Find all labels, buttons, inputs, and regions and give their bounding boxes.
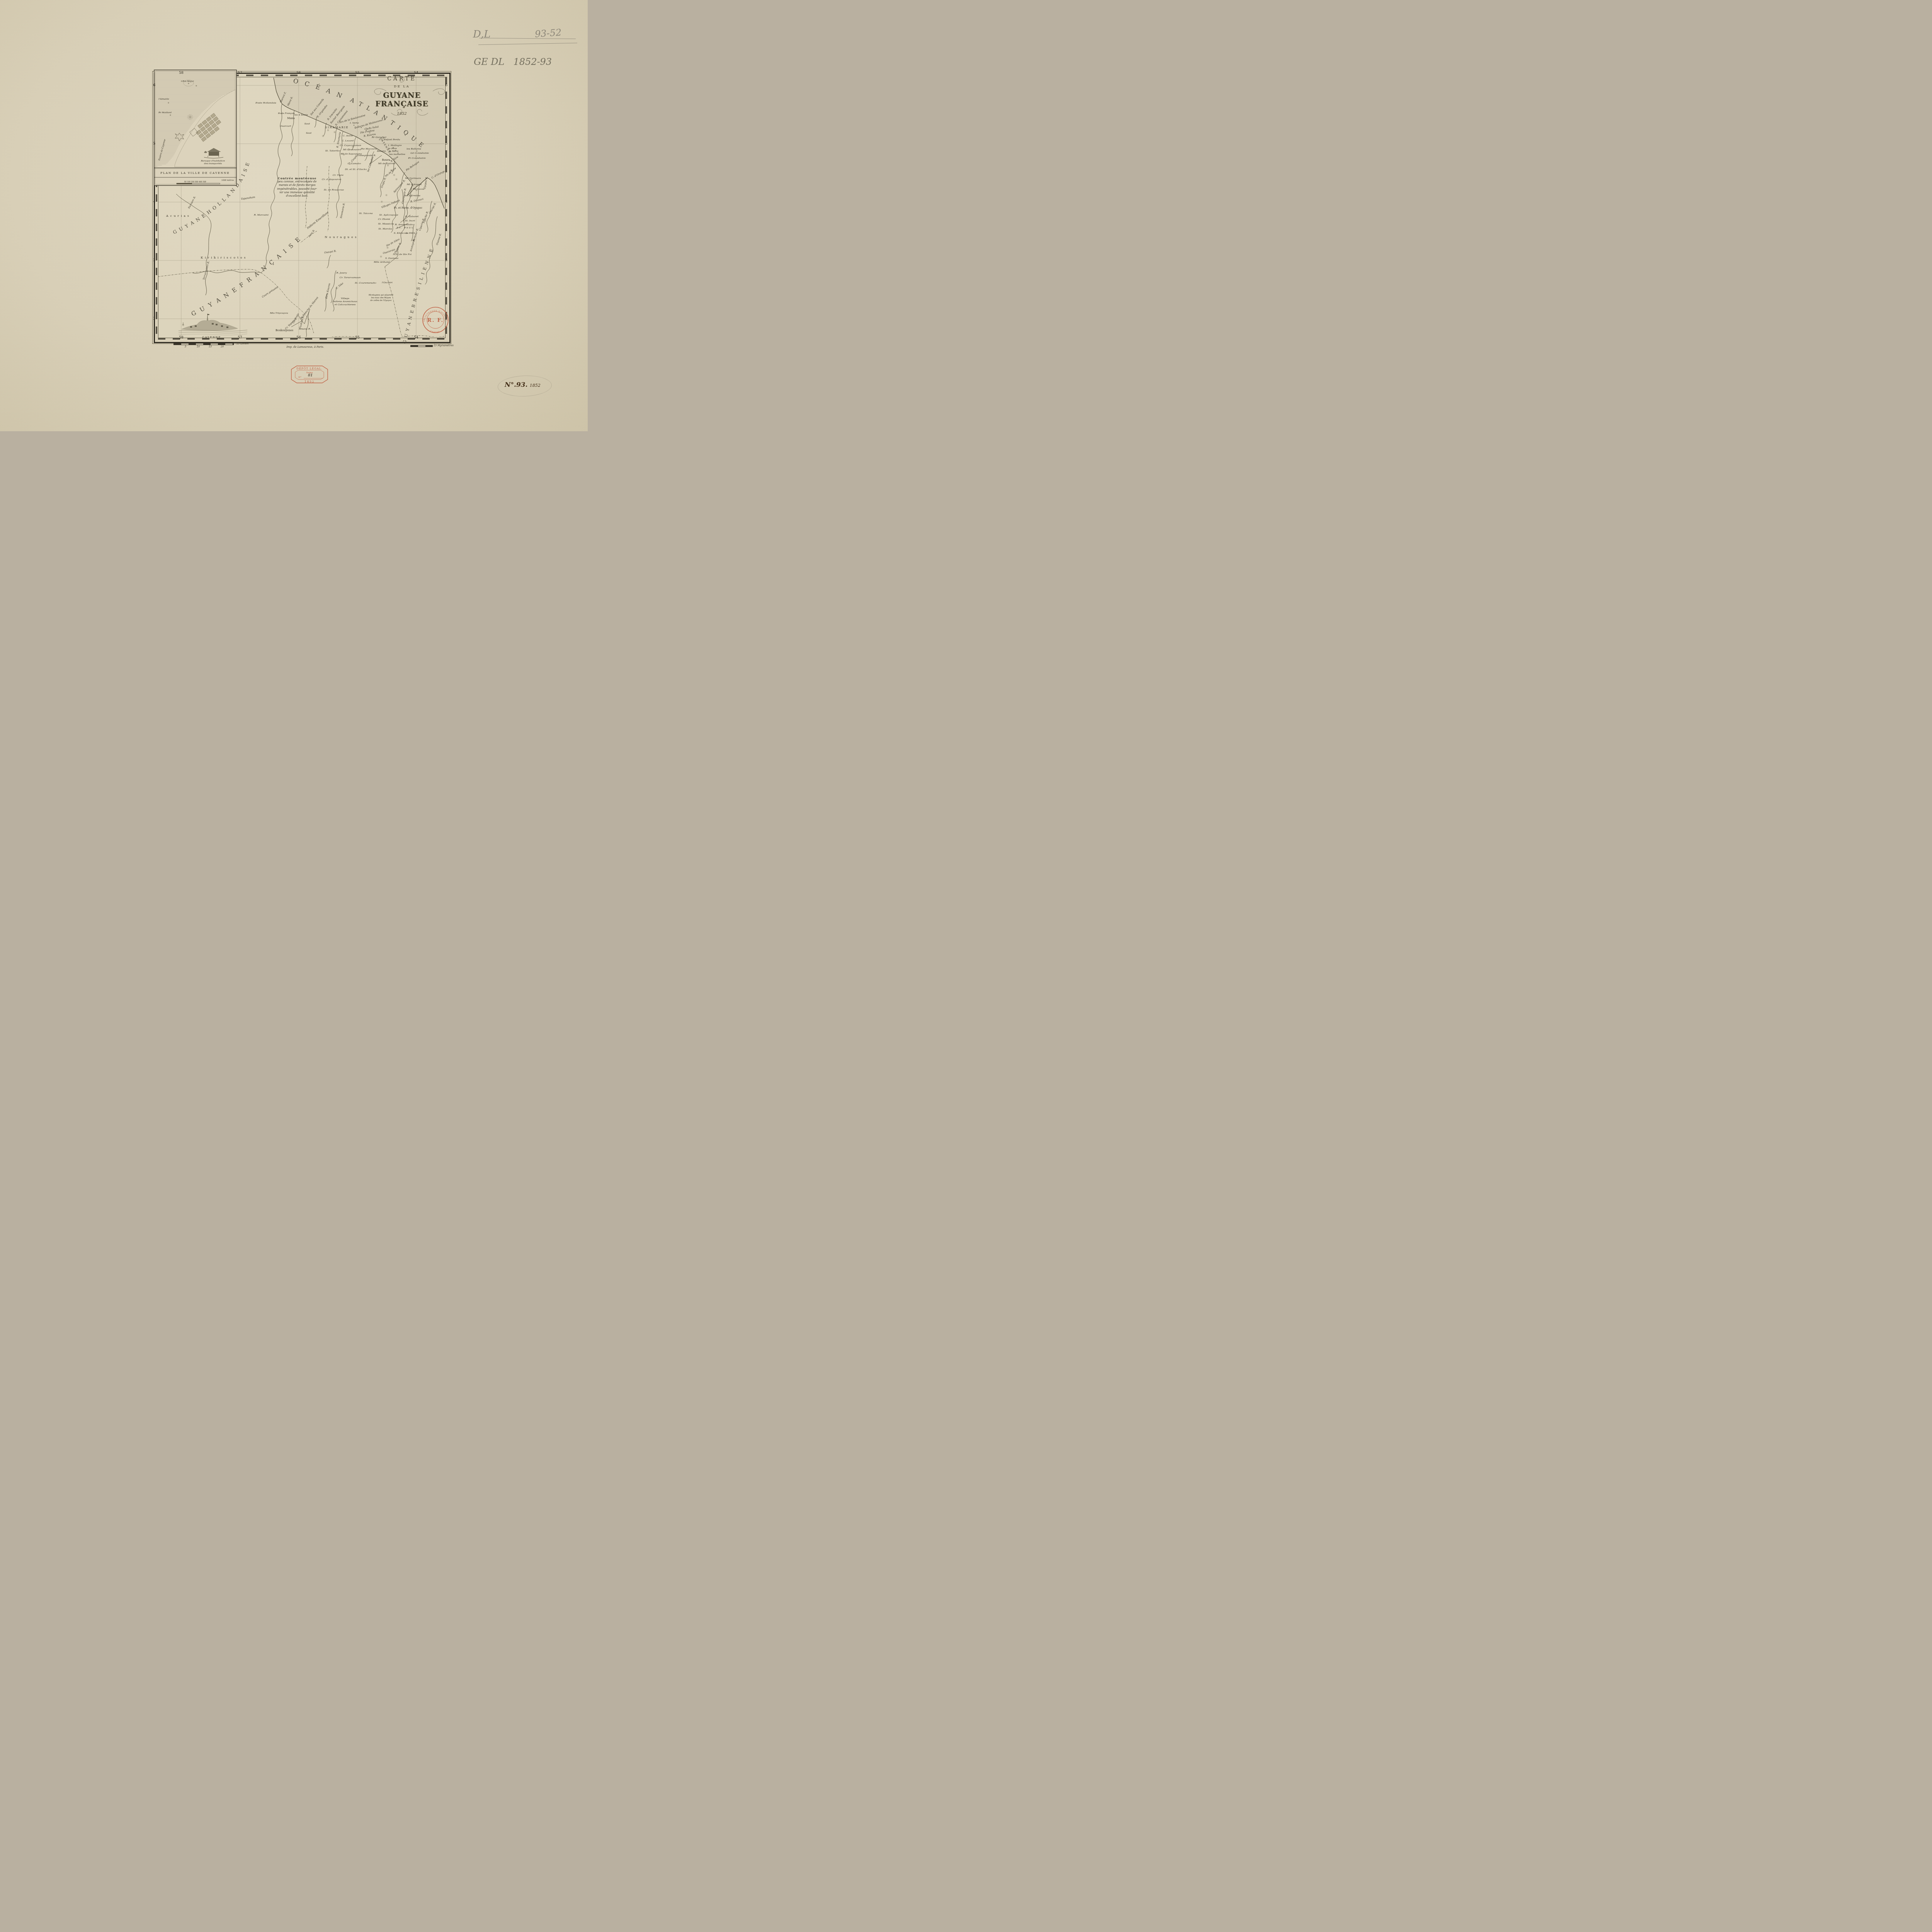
scalebar-tick: 10 xyxy=(197,345,200,348)
graticule-number: 2 xyxy=(445,317,447,321)
scalebar-myriametres xyxy=(410,345,433,347)
graticule-number: 56 xyxy=(296,336,301,340)
graticule-number: 57 xyxy=(238,336,242,340)
graticule-number: 4 xyxy=(153,200,155,204)
graticule-number: 4 xyxy=(445,200,447,204)
note-line: d'excellent bois. xyxy=(268,194,326,198)
map-sheet: O C É A NA T L A N T I Q U EG U Y A N E … xyxy=(0,0,588,431)
title-main: GUYANE FRANÇAISE xyxy=(371,91,433,108)
note-line: impénétrables, pouvant four- xyxy=(268,187,326,191)
graticule-number: 3 xyxy=(153,259,155,262)
imprint-line: Imp. de Lamoureux, à Paris. xyxy=(270,345,340,349)
note-line: Contrée montueuse xyxy=(268,177,326,180)
graticule-number: 2 xyxy=(153,317,155,321)
scalebar-tick: 5 xyxy=(185,345,186,348)
graticule-number: 3 xyxy=(445,259,447,262)
graticule-number: 58 xyxy=(179,71,183,75)
note-line: marais et de forets vierges xyxy=(268,184,326,187)
scalebar-myriametres-unit: 15 Myriamètres xyxy=(434,344,454,347)
pencil-dl-number: 93-52 xyxy=(534,27,562,40)
graticule-number: 5 xyxy=(445,142,447,146)
scalebar-tick: 15 xyxy=(209,345,212,348)
note-line: peu connue, entrecoupée de xyxy=(268,180,326,184)
title-cartouche: CARTE DE LA GUYANE FRANÇAISE 1852 xyxy=(371,76,433,116)
graticule-number: 54 xyxy=(414,71,418,75)
graticule-number: 55 xyxy=(355,336,359,340)
graticule-number: 57 xyxy=(238,71,242,75)
graticule-number: 55 xyxy=(355,71,359,75)
depot-stamp-number: 81 xyxy=(308,373,313,378)
scalebar-lieues-unit: 25 Lieues xyxy=(236,342,248,345)
pencil-dl: D,L xyxy=(473,29,490,40)
ink-shelfmark: N°.93. 1852 xyxy=(505,381,541,389)
graticule-number: 6 xyxy=(445,83,447,87)
graticule-number: 6 xyxy=(153,83,155,87)
graticule-number: 5 xyxy=(153,142,155,146)
title-dela: DE LA xyxy=(371,85,433,88)
note-line: nir une immense quantité xyxy=(268,191,326,194)
note-block: Contrée montueusepeu connue, entrecoupée… xyxy=(268,177,326,198)
title-carte: CARTE xyxy=(371,76,433,82)
pencil-ge-dl: GE DL 1852-93 xyxy=(474,56,552,67)
graticule-number: 58 xyxy=(179,336,183,340)
graticule-number: 54 xyxy=(414,336,418,340)
title-year: 1852 xyxy=(371,112,433,116)
graticule-number: 56 xyxy=(296,71,301,75)
scalebar-lieues xyxy=(173,343,234,345)
scalebar-tick: 20 xyxy=(221,345,224,348)
